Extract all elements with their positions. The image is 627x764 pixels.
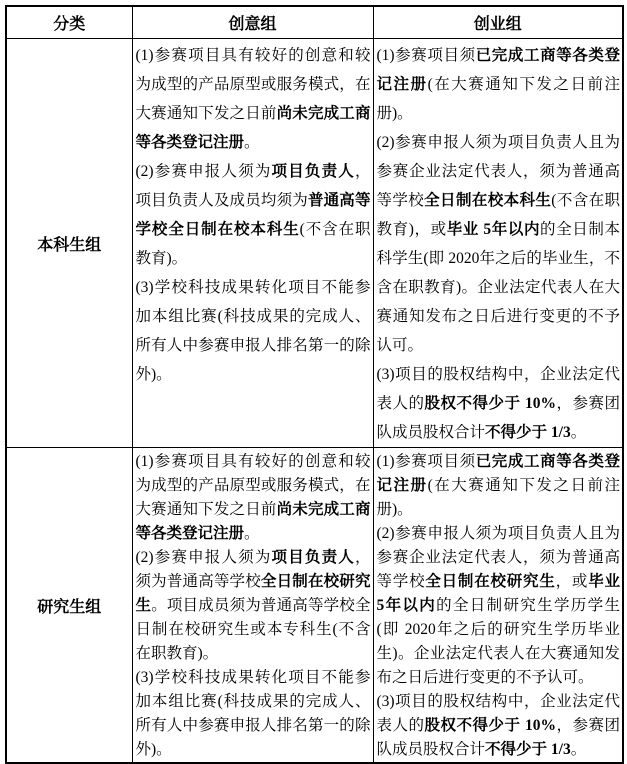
category-cell-graduate: 研究生组 (6, 448, 132, 764)
header-cell-creative-group: 创意组 (132, 6, 373, 39)
document-page: 分类 创意组 创业组 本科生组 (1)参赛项目具有较好的创意和较为成型的产品原型… (0, 0, 627, 756)
paragraph: (1)参赛项目须已完成工商等各类登记注册(在大赛通知下发之日前注册)。 (377, 450, 621, 522)
paragraph: (1)参赛项目具有较好的创意和较为成型的产品原型或服务模式，在大赛通知下发之日前… (136, 41, 371, 157)
cell-undergraduate-creative: (1)参赛项目具有较好的创意和较为成型的产品原型或服务模式，在大赛通知下发之日前… (132, 39, 373, 448)
eligibility-rules-table: 分类 创意组 创业组 本科生组 (1)参赛项目具有较好的创意和较为成型的产品原型… (5, 5, 624, 764)
table-row-undergraduate: 本科生组 (1)参赛项目具有较好的创意和较为成型的产品原型或服务模式，在大赛通知… (6, 39, 623, 448)
cell-graduate-startup: (1)参赛项目须已完成工商等各类登记注册(在大赛通知下发之日前注册)。(2)参赛… (373, 448, 623, 764)
paragraph: (3)项目的股权结构中，企业法定代表人的股权不得少于 10%，参赛团队成员股权合… (377, 360, 621, 447)
cell-undergraduate-startup: (1)参赛项目须已完成工商等各类登记注册(在大赛通知下发之日前注册)。(2)参赛… (373, 39, 623, 448)
table-row-graduate: 研究生组 (1)参赛项目具有较好的创意和较为成型的产品原型或服务模式，在大赛通知… (6, 448, 623, 764)
cell-graduate-creative: (1)参赛项目具有较好的创意和较为成型的产品原型或服务模式，在大赛通知下发之日前… (132, 448, 373, 764)
paragraph: (3)项目的股权结构中，企业法定代表人的股权不得少于 10%，参赛团队成员股权合… (377, 690, 621, 762)
paragraph: (2)参赛申报人须为项目负责人，须为普通高等学校全日制在校研究生。项目成员须为普… (136, 546, 371, 666)
header-row: 分类 创意组 创业组 (6, 6, 623, 39)
category-cell-undergraduate: 本科生组 (6, 39, 132, 448)
paragraph: (1)参赛项目具有较好的创意和较为成型的产品原型或服务模式，在大赛通知下发之日前… (136, 450, 371, 546)
paragraph: (2)参赛申报人须为项目负责人且为参赛企业法定代表人，须为普通高等学校全日制在校… (377, 522, 621, 690)
header-cell-startup-group: 创业组 (373, 6, 623, 39)
header-cell-category: 分类 (6, 6, 132, 39)
paragraph: (2)参赛申报人须为项目负责人且为参赛企业法定代表人，须为普通高等学校全日制在校… (377, 128, 621, 360)
paragraph: (3)学校科技成果转化项目不能参加本组比赛(科技成果的完成人、所有人中参赛申报人… (136, 273, 371, 389)
paragraph: (1)参赛项目须已完成工商等各类登记注册(在大赛通知下发之日前注册)。 (377, 41, 621, 128)
paragraph: (3)学校科技成果转化项目不能参加本组比赛(科技成果的完成人、所有人中参赛申报人… (136, 666, 371, 762)
paragraph: (2)参赛申报人须为项目负责人，项目负责人及成员均须为普通高等学校全日制在校本科… (136, 157, 371, 273)
